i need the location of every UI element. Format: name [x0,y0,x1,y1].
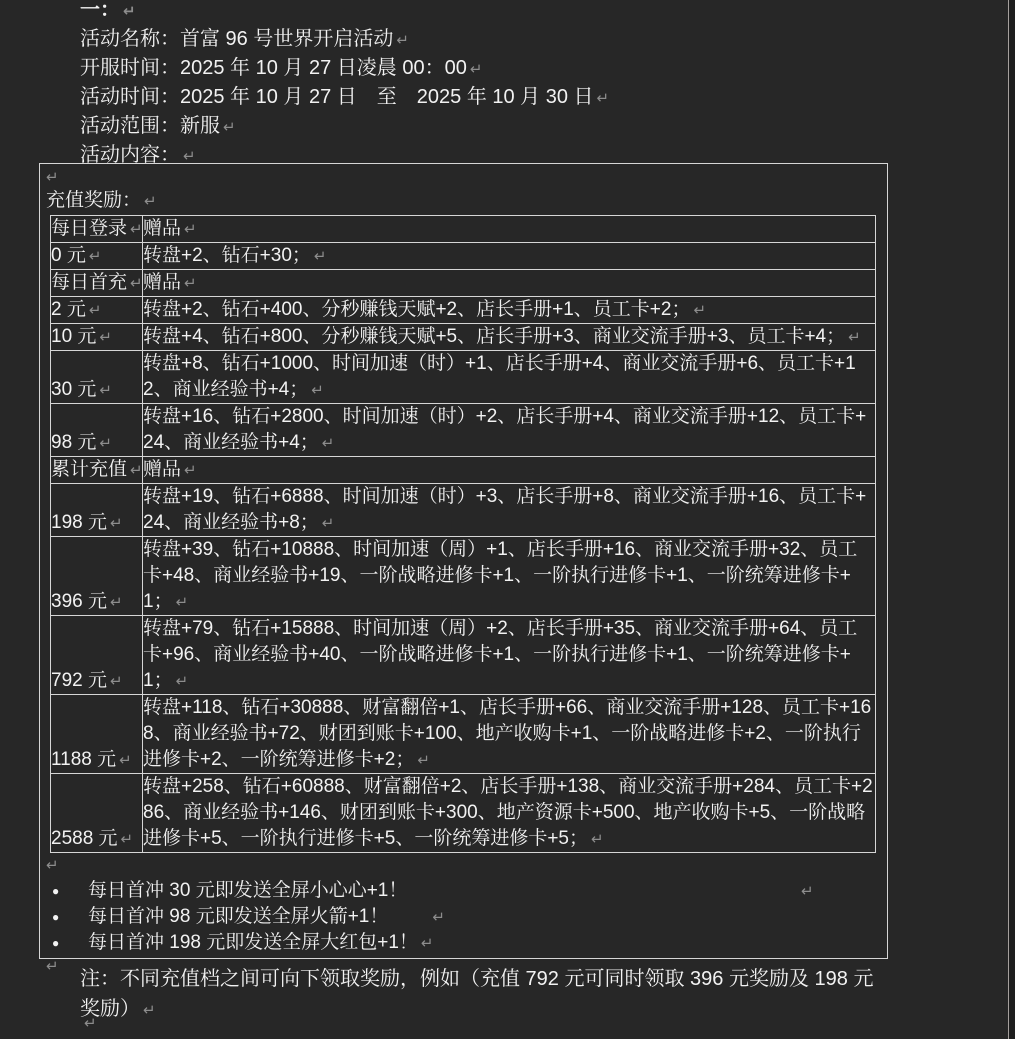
note-paragraph: 注：不同充值档之间可向下领取奖励，例如（充值 792 元可同时领取 396 元奖… [80,964,873,1025]
bullet-text: 每日首冲 98 元即发送全屏火箭+1！ [88,906,388,927]
bullet-text: 每日首冲 198 元即发送全屏大红包+1！ [88,932,418,953]
paragraph-mark: ↵ [396,31,409,49]
bullet-icon: ● [52,930,64,956]
reward-text: 赠品 [143,459,181,480]
bullet-icon: ● [52,878,64,904]
reward-text: 转盘+2、钻石+30； [143,245,311,266]
tier-label: 396 元 [51,591,107,612]
tier-label: 30 元 [51,379,96,400]
cell-mark: ↵ [184,461,197,479]
rewards-table: 每日登录↵ 赠品↵ 0 元↵ 转盘+2、钻石+30；↵ 每日首充↵ 赠品↵ 2 … [50,215,876,853]
cell-mark: ↵ [99,328,112,346]
tier-cell: 198 元↵ [51,484,143,537]
bullet-item: ●每日首冲 30 元即发送全屏小心心+1！↵ [46,878,887,904]
reward-text: 转盘+19、钻石+6888、时间加速（时）+3、店长手册+8、商业交流手册+16… [143,486,866,533]
reward-cell: 赠品↵ [143,270,876,297]
tier-label: 98 元 [51,432,96,453]
cell-mark: ↵ [130,461,143,479]
cell-mark: ↵ [322,434,335,452]
paragraph-mark: ↵ [144,192,157,210]
paragraph-mark: ↵ [421,934,434,952]
reward-cell: 转盘+258、钻石+60888、财富翻倍+2、店长手册+138、商业交流手册+2… [143,774,876,853]
table-row: 792 元↵ 转盘+79、钻石+15888、时间加速（周）+2、店长手册+35、… [51,616,876,695]
table-row: 30 元↵ 转盘+8、钻石+1000、时间加速（时）+1、店长手册+4、商业交流… [51,351,876,404]
paragraph-mark: ↵ [801,878,814,904]
vertical-scrollbar[interactable] [1008,0,1015,1039]
intro-text: 活动范围：新服 [80,115,220,137]
table-row: 1188 元↵ 转盘+118、钻石+30888、财富翻倍+1、店长手册+66、商… [51,695,876,774]
tier-cell: 累计充值↵ [51,457,143,484]
tier-cell: 2588 元↵ [51,774,143,853]
tier-label: 1188 元 [51,749,116,770]
table-row: 198 元↵ 转盘+19、钻石+6888、时间加速（时）+3、店长手册+8、商业… [51,484,876,537]
cell-mark: ↵ [99,434,112,452]
reward-cell: 转盘+19、钻石+6888、时间加速（时）+3、店长手册+8、商业交流手册+16… [143,484,876,537]
cell-mark: ↵ [311,381,324,399]
tier-cell: 0 元↵ [51,243,143,270]
cell-mark: ↵ [417,751,430,769]
section-title: 充值奖励：↵ [46,188,887,214]
intro-line-heading: 一：↵ [80,0,609,25]
reward-cell: 转盘+2、钻石+30；↵ [143,243,876,270]
tier-label: 每日登录 [51,218,127,239]
reward-text: 转盘+39、钻石+10888、时间加速（周）+1、店长手册+16、商业交流手册+… [143,539,857,612]
reward-text: 赠品 [143,218,181,239]
reward-text: 转盘+2、钻石+400、分秒赚钱天赋+2、店长手册+1、员工卡+2； [143,299,690,320]
tier-cell: 396 元↵ [51,537,143,616]
cell-mark: ↵ [99,381,112,399]
intro-line-activity-scope: 活动范围：新服↵ [80,112,609,141]
intro-text: 开服时间：2025 年 10 月 27 日凌晨 00：00 [80,57,467,79]
bullet-text: 每日首冲 30 元即发送全屏小心心+1！ [88,880,407,901]
cell-mark: ↵ [121,830,134,848]
cell-mark: ↵ [89,301,102,319]
cell-mark: ↵ [848,328,861,346]
reward-cell: 赠品↵ [143,457,876,484]
reward-cell: 转盘+79、钻石+15888、时间加速（周）+2、店长手册+35、商业交流手册+… [143,616,876,695]
reward-cell: 转盘+4、钻石+800、分秒赚钱天赋+5、店长手册+3、商业交流手册+3、员工卡… [143,324,876,351]
reward-text: 转盘+118、钻石+30888、财富翻倍+1、店长手册+66、商业交流手册+12… [143,697,871,770]
empty-paragraph: ↵ [84,1014,97,1033]
tier-cell: 30 元↵ [51,351,143,404]
intro-text: 活动时间：2025 年 10 月 27 日 至 2025 年 10 月 30 日 [80,86,594,108]
paragraph-mark: ↵ [46,856,59,874]
bullet-icon: ● [52,904,64,930]
tier-label: 792 元 [51,670,107,691]
intro-text: 活动名称：首富 96 号世界开启活动 [80,28,393,50]
paragraph-mark: ↵ [123,2,136,20]
cell-mark: ↵ [89,247,102,265]
paragraph-mark: ↵ [597,89,610,107]
table-row: 2588 元↵ 转盘+258、钻石+60888、财富翻倍+2、店长手册+138、… [51,774,876,853]
intro-section: 一：↵ 活动名称：首富 96 号世界开启活动↵ 开服时间：2025 年 10 月… [80,0,609,170]
paragraph-mark: ↵ [84,1014,97,1032]
tier-cell: 每日首充↵ [51,270,143,297]
cell-mark: ↵ [110,593,123,611]
tier-label: 2 元 [51,299,86,320]
tier-label: 累计充值 [51,459,127,480]
table-row: 每日登录↵ 赠品↵ [51,216,876,243]
cell-mark: ↵ [110,514,123,532]
table-row: 98 元↵ 转盘+16、钻石+2800、时间加速（时）+2、店长手册+4、商业交… [51,404,876,457]
tier-cell: 98 元↵ [51,404,143,457]
empty-paragraph: ↵ [46,166,887,188]
intro-text: 一： [80,0,120,21]
cell-mark: ↵ [176,672,189,690]
reward-cell: 转盘+39、钻石+10888、时间加速（周）+1、店长手册+16、商业交流手册+… [143,537,876,616]
bullet-item: ●每日首冲 198 元即发送全屏大红包+1！↵ [46,930,887,956]
reward-text: 转盘+4、钻石+800、分秒赚钱天赋+5、店长手册+3、商业交流手册+3、员工卡… [143,326,845,347]
tier-label: 0 元 [51,245,86,266]
reward-cell: 转盘+2、钻石+400、分秒赚钱天赋+2、店长手册+1、员工卡+2；↵ [143,297,876,324]
tier-cell: 2 元↵ [51,297,143,324]
cell-mark: ↵ [184,274,197,292]
table-row: 每日首充↵ 赠品↵ [51,270,876,297]
tier-cell: 10 元↵ [51,324,143,351]
reward-cell: 赠品↵ [143,216,876,243]
reward-cell: 转盘+16、钻石+2800、时间加速（时）+2、店长手册+4、商业交流手册+12… [143,404,876,457]
table-row: 0 元↵ 转盘+2、钻石+30；↵ [51,243,876,270]
paragraph-mark: ↵ [46,957,59,975]
note-line: 奖励）↵ [80,994,873,1025]
tier-label: 每日首充 [51,272,127,293]
table-row: 396 元↵ 转盘+39、钻石+10888、时间加速（周）+1、店长手册+16、… [51,537,876,616]
tier-label: 198 元 [51,512,107,533]
cell-mark: ↵ [693,301,706,319]
reward-text: 赠品 [143,272,181,293]
empty-paragraph: ↵ [46,853,887,878]
tier-cell: 1188 元↵ [51,695,143,774]
cell-mark: ↵ [130,274,143,292]
intro-line-open-time: 开服时间：2025 年 10 月 27 日凌晨 00：00↵ [80,54,609,83]
tier-cell: 每日登录↵ [51,216,143,243]
paragraph-mark: ↵ [223,118,236,136]
cell-mark: ↵ [110,672,123,690]
cell-mark: ↵ [314,247,327,265]
note-line: 注：不同充值档之间可向下领取奖励，例如（充值 792 元可同时领取 396 元奖… [80,964,873,994]
cell-mark: ↵ [184,220,197,238]
reward-text: 转盘+8、钻石+1000、时间加速（时）+1、店长手册+4、商业交流手册+6、员… [143,353,856,400]
reward-text: 转盘+258、钻石+60888、财富翻倍+2、店长手册+138、商业交流手册+2… [143,776,873,849]
reward-cell: 转盘+8、钻石+1000、时间加速（时）+1、店长手册+4、商业交流手册+6、员… [143,351,876,404]
cell-mark: ↵ [591,830,604,848]
paragraph-mark: ↵ [46,168,59,186]
cell-mark: ↵ [130,220,143,238]
cell-mark: ↵ [322,514,335,532]
table-row: 累计充值↵ 赠品↵ [51,457,876,484]
reward-text: 转盘+79、钻石+15888、时间加速（周）+2、店长手册+35、商业交流手册+… [143,618,857,691]
reward-cell: 转盘+118、钻石+30888、财富翻倍+1、店长手册+66、商业交流手册+12… [143,695,876,774]
tier-label: 2588 元 [51,828,118,849]
table-row: 2 元↵ 转盘+2、钻石+400、分秒赚钱天赋+2、店长手册+1、员工卡+2；↵ [51,297,876,324]
cell-mark: ↵ [176,593,189,611]
reward-text: 转盘+16、钻石+2800、时间加速（时）+2、店长手册+4、商业交流手册+12… [143,406,866,453]
document-page[interactable]: 一：↵ 活动名称：首富 96 号世界开启活动↵ 开服时间：2025 年 10 月… [0,0,1015,1039]
content-frame: ↵ 充值奖励：↵ 每日登录↵ 赠品↵ 0 元↵ 转盘+2、钻石+30；↵ 每日首… [39,163,888,959]
intro-line-activity-name: 活动名称：首富 96 号世界开启活动↵ [80,25,609,54]
paragraph-mark: ↵ [432,908,445,926]
paragraph-mark: ↵ [470,60,483,78]
section-title-text: 充值奖励： [46,190,141,211]
tier-label: 10 元 [51,326,96,347]
paragraph-mark: ↵ [143,1001,156,1019]
cell-mark: ↵ [119,751,132,769]
table-row: 10 元↵ 转盘+4、钻石+800、分秒赚钱天赋+5、店长手册+3、商业交流手册… [51,324,876,351]
note-text: 注：不同充值档之间可向下领取奖励，例如（充值 792 元可同时领取 396 元奖… [80,968,873,990]
intro-line-activity-time: 活动时间：2025 年 10 月 27 日 至 2025 年 10 月 30 日… [80,83,609,112]
tier-cell: 792 元↵ [51,616,143,695]
bullet-item: ●每日首冲 98 元即发送全屏火箭+1！↵ [46,904,887,930]
